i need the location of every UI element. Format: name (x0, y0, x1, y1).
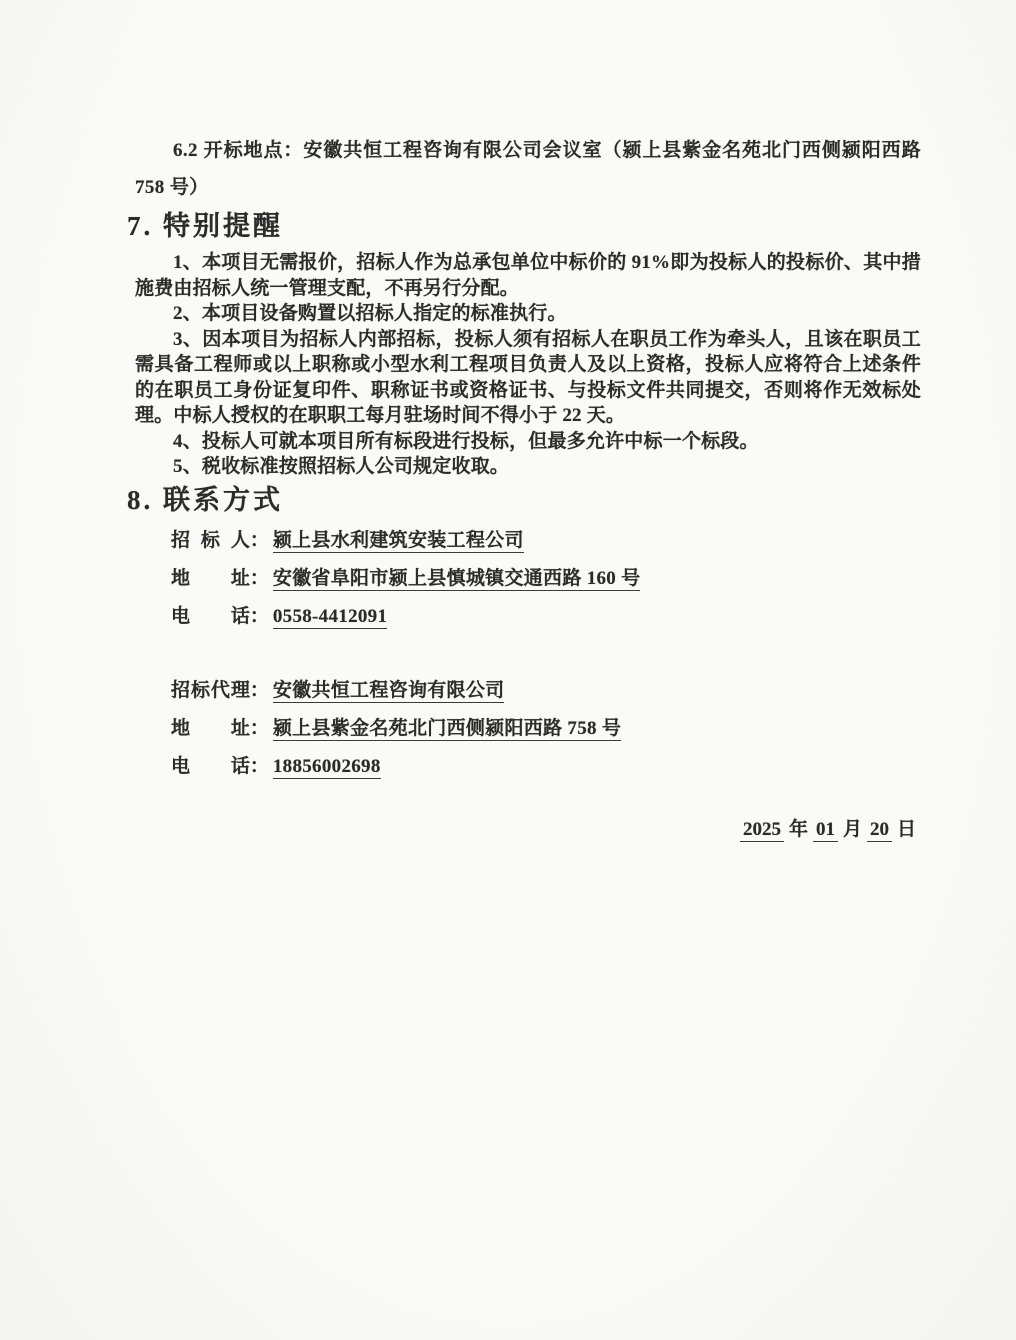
special-reminder-item-4: 4、投标人可就本项目所有标段进行投标，但最多允许中标一个标段。 (135, 429, 921, 455)
tenderer-address: 安徽省阜阳市颍上县慎城镇交通西路 160 号 (273, 568, 641, 591)
contact-row-tenderer-phone: 电话：0558-4412091 (171, 606, 921, 628)
phone-label: 电话 (171, 606, 250, 628)
special-reminder-item-1: 1、本项目无需报价，招标人作为总承包单位中标价的 91%即为投标人的投标价、其中… (135, 250, 921, 301)
document-date: 2025年01月20日 (135, 814, 921, 841)
contact-row-agent: 招标代理：安徽共恒工程咨询有限公司 (171, 680, 921, 702)
phone-label: 电话 (171, 756, 250, 778)
contact-row-tenderer: 招标人：颍上县水利建筑安装工程公司 (171, 530, 921, 552)
contact-row-tenderer-address: 地址：安徽省阜阳市颍上县慎城镇交通西路 160 号 (171, 568, 921, 590)
label-colon: ： (250, 606, 269, 627)
special-reminder-item-5: 5、税收标准按照招标人公司规定收取。 (135, 454, 921, 480)
tenderer-phone: 0558-4412091 (273, 606, 387, 629)
label-colon: ： (250, 530, 269, 551)
section-8-heading: 8. 联系方式 (127, 484, 921, 516)
label-colon: ： (250, 680, 269, 701)
section-7-heading: 7. 特别提醒 (127, 210, 921, 242)
address-label: 地址 (171, 568, 250, 590)
date-year: 2025 (740, 819, 784, 842)
document-page: 6.2 开标地点：安徽共恒工程咨询有限公司会议室（颍上县紫金名苑北门西侧颍阳西路… (0, 0, 1016, 1340)
contact-row-agent-phone: 电话：18856002698 (171, 756, 921, 778)
label-colon: ： (250, 718, 269, 739)
date-day-unit: 日 (897, 819, 916, 840)
agent-phone: 18856002698 (273, 756, 381, 779)
date-month-unit: 月 (843, 819, 862, 840)
date-day: 20 (867, 819, 892, 842)
agent-name: 安徽共恒工程咨询有限公司 (273, 680, 505, 703)
special-reminder-item-3: 3、因本项目为招标人内部招标，投标人须有招标人在职员工作为牵头人，且该在职员工需… (135, 327, 921, 429)
contact-row-agent-address: 地址：颍上县紫金名苑北门西侧颍阳西路 758 号 (171, 718, 921, 740)
agent-label: 招标代理 (171, 680, 250, 702)
address-label: 地址 (171, 718, 250, 740)
tenderer-label: 招标人 (171, 530, 250, 552)
contact-block: 招标人：颍上县水利建筑安装工程公司 地址：安徽省阜阳市颍上县慎城镇交通西路 16… (135, 530, 921, 778)
label-colon: ： (250, 756, 269, 777)
tenderer-name: 颍上县水利建筑安装工程公司 (273, 530, 524, 553)
para-6-2-opening-location: 6.2 开标地点：安徽共恒工程咨询有限公司会议室（颍上县紫金名苑北门西侧颍阳西路… (135, 132, 921, 206)
special-reminder-list: 1、本项目无需报价，招标人作为总承包单位中标价的 91%即为投标人的投标价、其中… (135, 250, 921, 480)
date-year-unit: 年 (789, 819, 808, 840)
agent-address: 颍上县紫金名苑北门西侧颍阳西路 758 号 (273, 718, 621, 741)
date-month: 01 (813, 819, 838, 842)
label-colon: ： (250, 568, 269, 589)
special-reminder-item-2: 2、本项目设备购置以招标人指定的标准执行。 (135, 301, 921, 327)
